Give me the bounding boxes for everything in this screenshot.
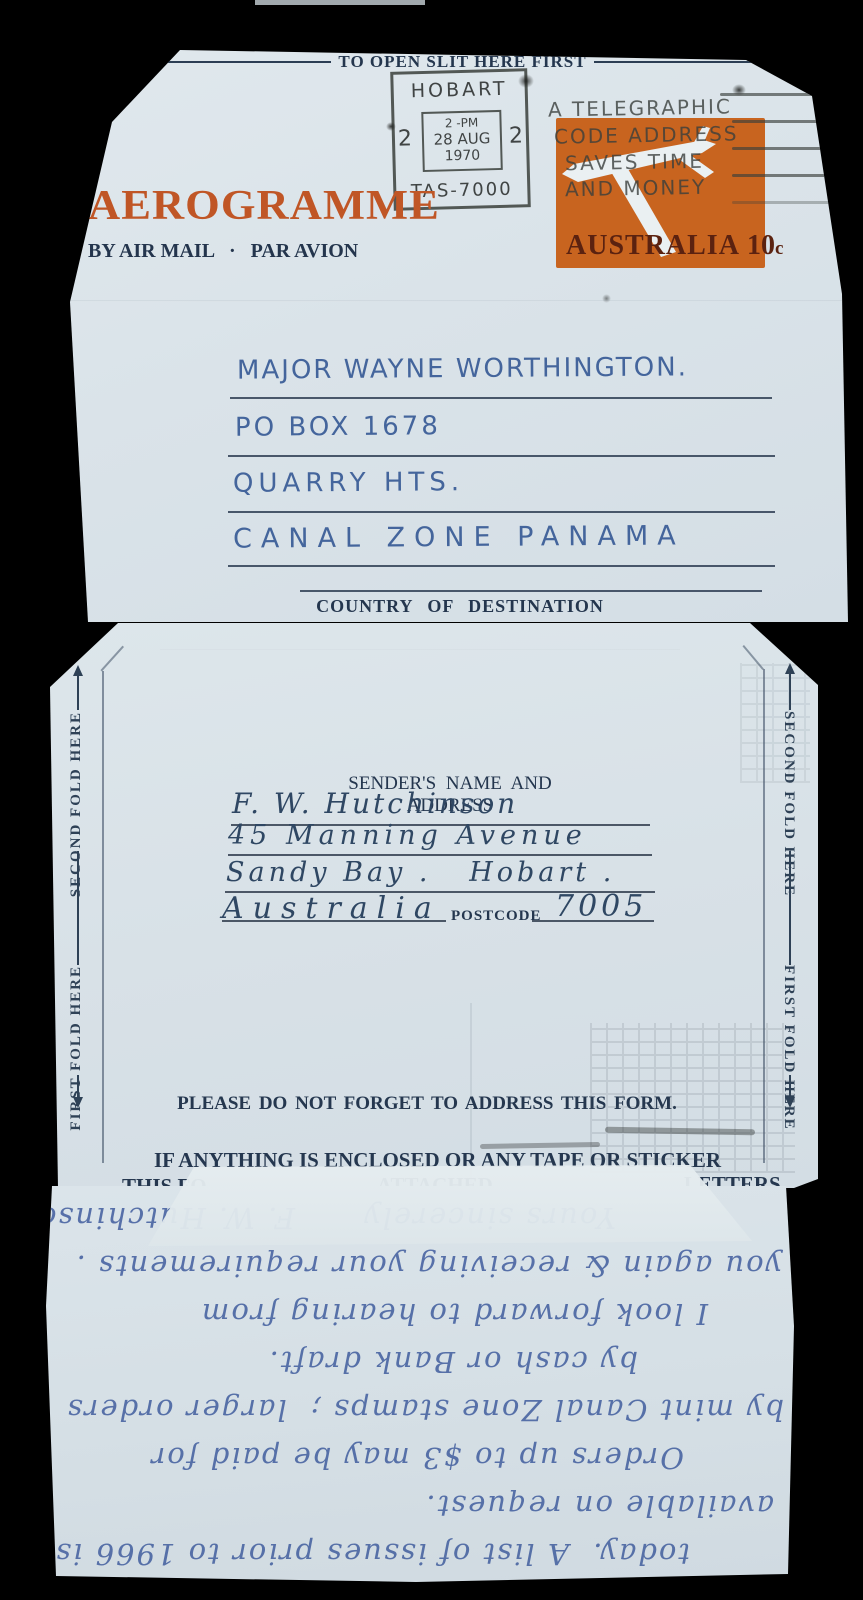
postmark-index-left: 2	[398, 126, 413, 151]
address-rule	[228, 511, 775, 513]
frame-line-left	[102, 671, 104, 1163]
slogan-line-3: SAVES TIME	[565, 149, 704, 175]
sender-line-2: 45 Manning Avenue	[228, 820, 587, 851]
letter-line: by cash or Bank draft.	[54, 1338, 786, 1386]
cancel-line	[732, 120, 850, 123]
cancel-line	[720, 93, 850, 96]
recipient-line-4: CANAL ZONE PANAMA	[233, 520, 685, 554]
sender-rule	[228, 854, 652, 856]
slogan-line-2: CODE ADDRESS	[554, 121, 739, 148]
address-rule	[228, 455, 775, 457]
sender-rule	[222, 920, 446, 922]
fold-arrow-down-icon	[73, 1097, 83, 1108]
frame-corner-line	[100, 646, 124, 672]
postmark-date-box: 2 -PM 28 AUG 1970	[421, 110, 503, 172]
fold-rule	[77, 1075, 79, 1097]
postmark-index-right: 2	[509, 123, 524, 148]
letter-line: I look forward to hearing from	[54, 1290, 786, 1338]
address-rule	[300, 590, 762, 592]
fold-rule	[789, 851, 791, 965]
recipient-line-2: PO BOX 1678	[235, 411, 441, 442]
stamp-country: AUSTRALIA	[566, 230, 740, 261]
letter-line: by mint Canal Zone stamps ; larger order…	[54, 1386, 786, 1434]
sender-line-3: Sandy Bay . Hobart .	[226, 857, 615, 888]
arrow-right-icon	[797, 57, 810, 67]
letter-line: today. A list of issues prior to 1966 is	[54, 1530, 786, 1578]
address-rule	[230, 397, 772, 399]
sender-panel: SECOND FOLD HERE FIRST FOLD HERE SECOND …	[50, 623, 818, 1188]
cancel-line	[732, 201, 850, 204]
slogan-line-1: A TELEGRAPHIC	[548, 94, 732, 121]
fold-rule	[77, 851, 79, 965]
postmark-city: HOBART	[393, 77, 525, 102]
sender-rule	[532, 920, 654, 922]
fold-crease	[160, 649, 680, 650]
postcode-value: 7005	[555, 889, 647, 924]
slogan-line-4: AND MONEY	[565, 175, 707, 201]
crease-smudge	[470, 1003, 472, 1183]
letter-line: available on request.	[54, 1482, 786, 1530]
recipient-line-3: QUARRY HTS.	[233, 467, 464, 499]
fold-crease	[60, 300, 850, 302]
postmark-date: 28 AUG	[424, 130, 500, 149]
slit-rule-left	[128, 61, 331, 63]
stamp-caption: AUSTRALIA 10c	[566, 230, 783, 262]
aerogramme-title: AEROGRAMME	[88, 182, 440, 230]
postcode-label: POSTCODE	[451, 908, 542, 925]
front-panel: TO OPEN SLIT HERE FIRST HOBART 2 -PM 28 …	[60, 44, 850, 622]
scan-edge-artifact	[255, 0, 425, 5]
cancel-line	[732, 174, 850, 177]
arrow-left-icon	[115, 57, 128, 67]
sender-line-1: F. W. Hutchinson	[232, 787, 518, 820]
recipient-line-1: MAJOR WAYNE WORTHINGTON.	[237, 352, 688, 385]
airmail-byline: BY AIR MAIL · PAR AVION	[88, 240, 358, 263]
handwritten-letter-rotated: today. A list of issues prior to 1966 is…	[54, 1190, 786, 1578]
sealing-flap	[140, 1164, 760, 1248]
crumple-marks	[590, 1023, 795, 1173]
fold-arrow-up-icon	[73, 665, 83, 676]
letter-line: Orders up to $3 may be paid for	[54, 1434, 786, 1482]
ink-smudge	[386, 122, 396, 131]
postmark-year: 1970	[424, 147, 500, 165]
letter-line: you again & receiving your requirements …	[54, 1242, 786, 1290]
stamp-denomination: 10c	[740, 230, 783, 261]
cancel-line	[732, 147, 850, 150]
fold-rule	[77, 676, 79, 710]
aerogramme-scan: TO OPEN SLIT HERE FIRST HOBART 2 -PM 28 …	[0, 0, 863, 1600]
country-of-destination-label: COUNTRY OF DESTINATION	[310, 596, 610, 617]
address-rule	[228, 565, 775, 567]
crumple-marks	[740, 663, 810, 783]
ink-smudge	[518, 74, 534, 88]
slit-rule-right	[594, 61, 797, 63]
